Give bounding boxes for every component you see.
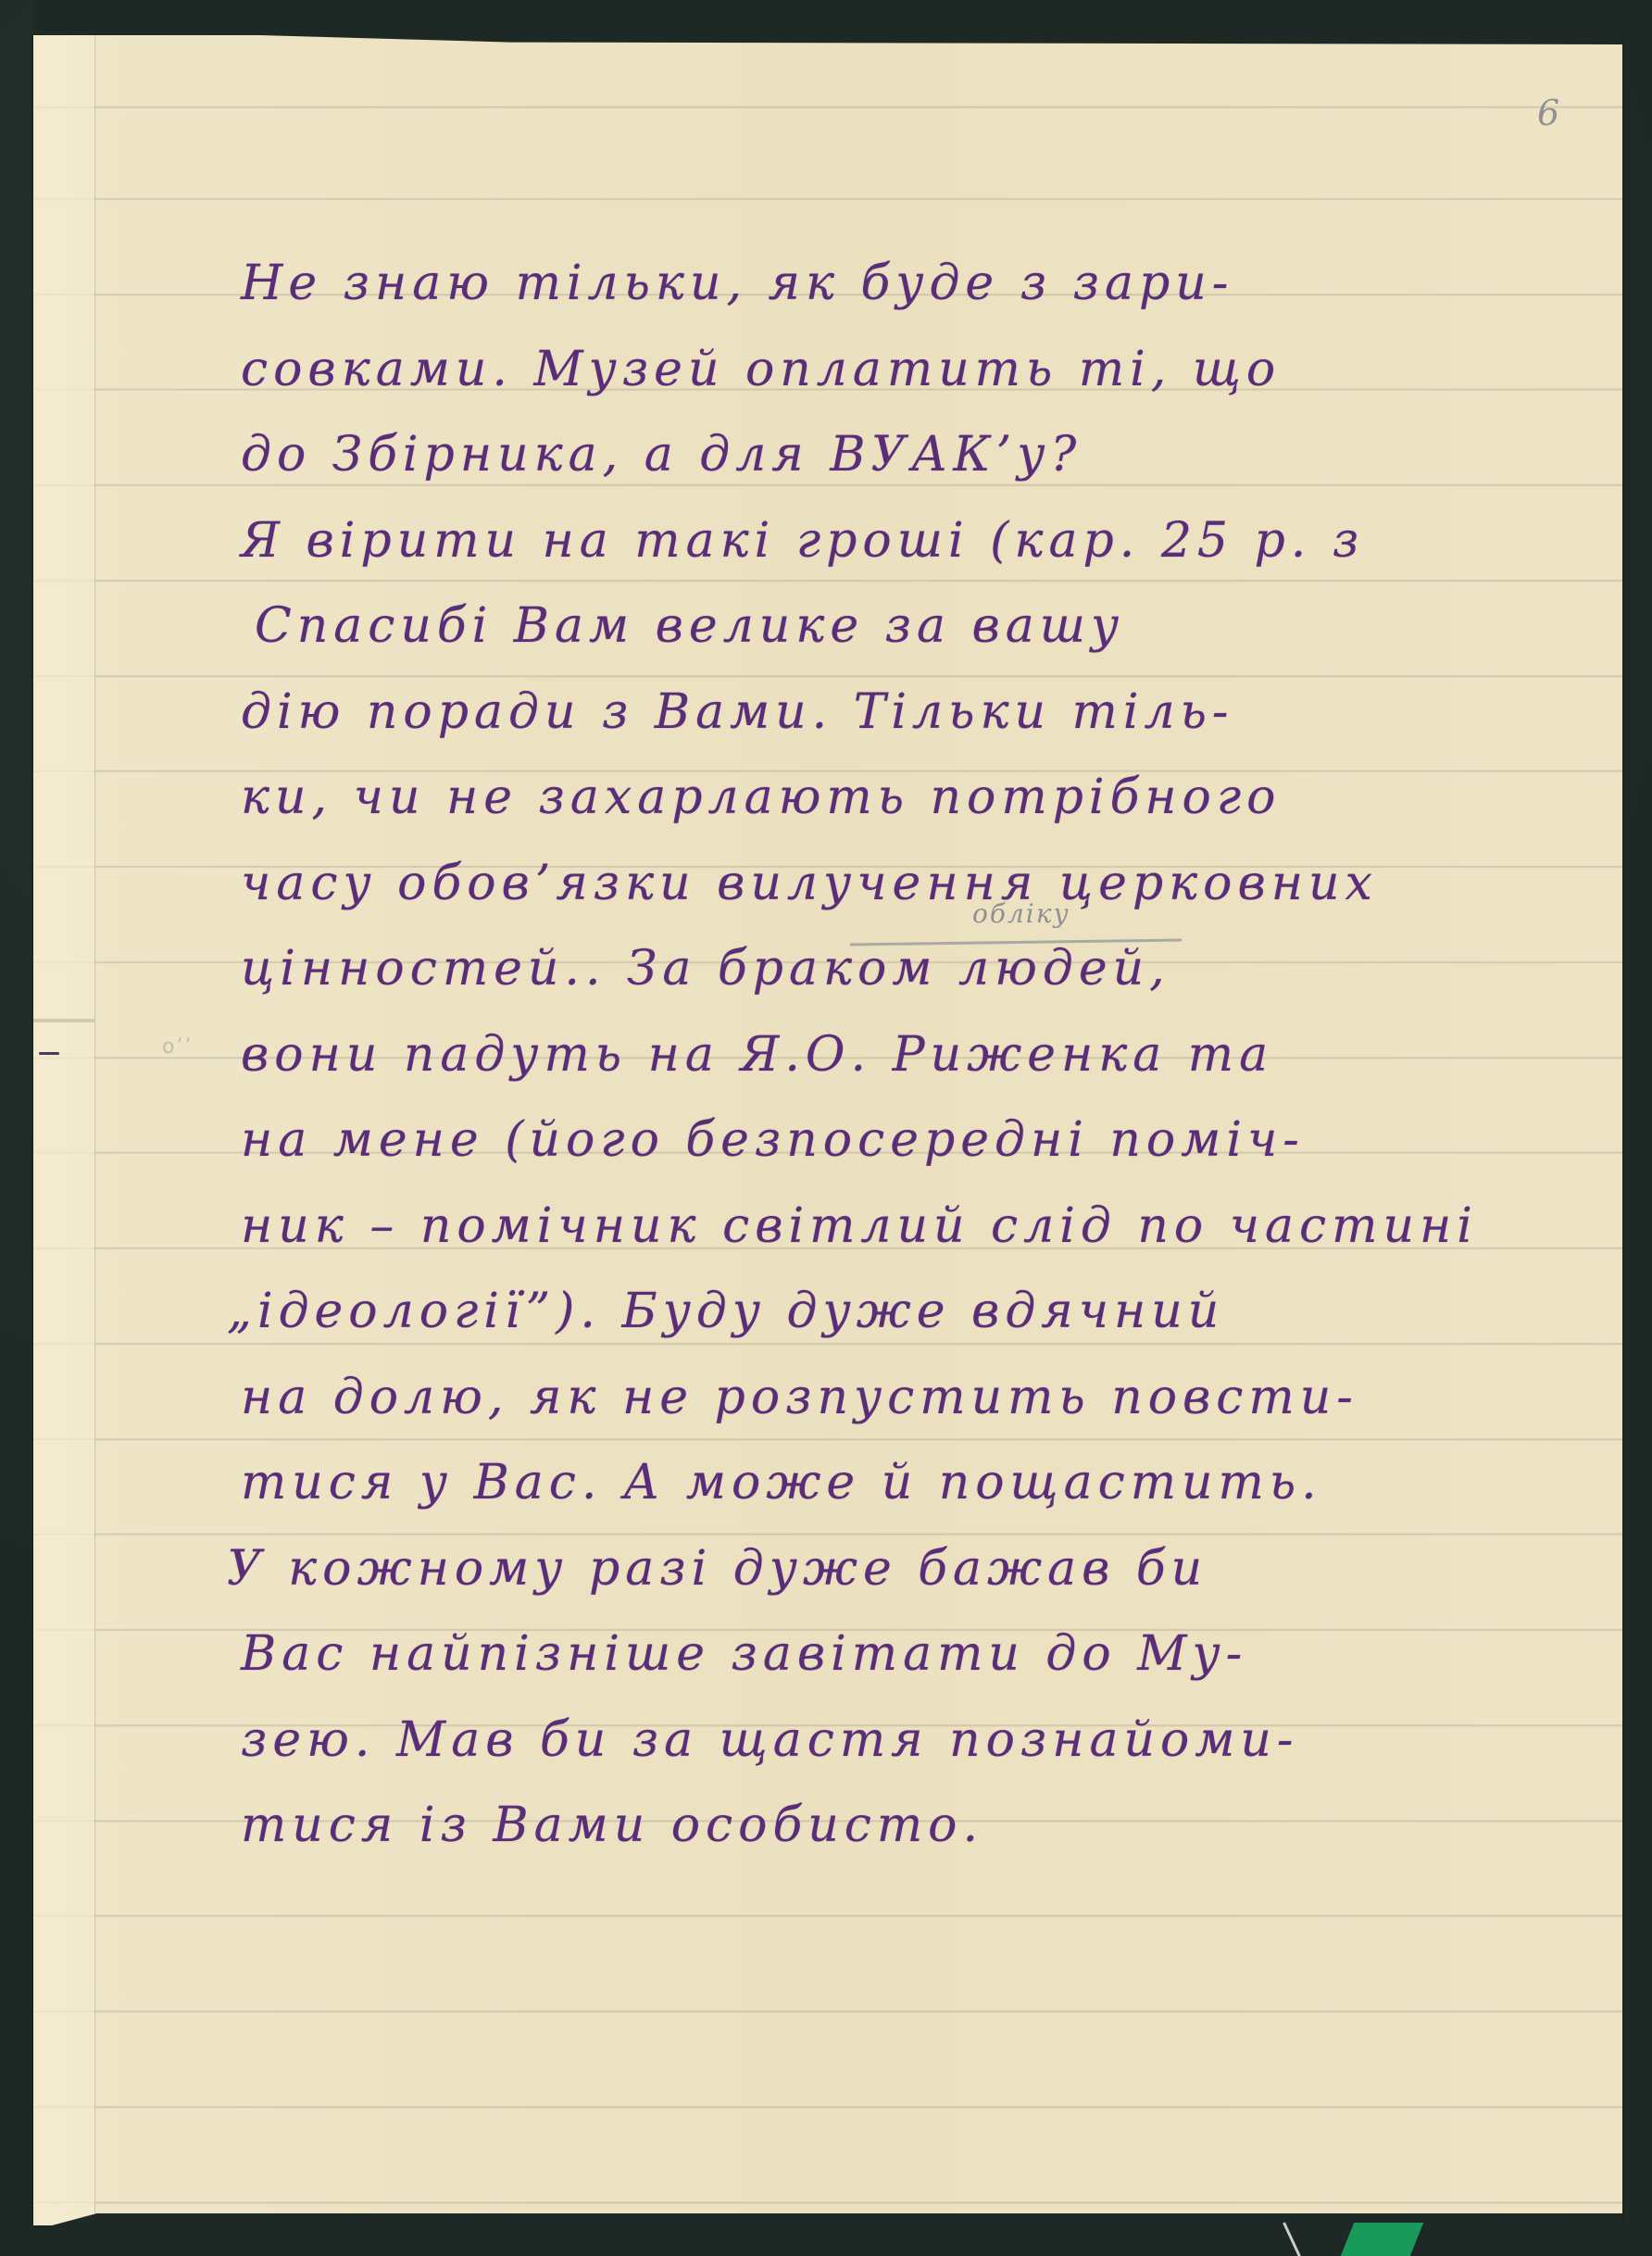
letter-line: часу обов’язки вилучення церковних [227, 841, 1560, 927]
faint-stamp-mark: о’’ [162, 1035, 193, 1059]
margin-mark [39, 1052, 59, 1055]
letter-line: на долю, як не розпустить повсти- [227, 1355, 1560, 1441]
page-number: 6 [1537, 93, 1559, 133]
left-fold-strip [33, 35, 95, 2225]
letter-line: Вас найпізніше завітати до Му- [227, 1611, 1560, 1698]
letter-line: „ідеології”). Буду дуже вдячний [227, 1269, 1560, 1355]
letter-line: на мене (його безпосередні поміч- [227, 1097, 1560, 1184]
letter-line: Спасибі Вам велике за вашу [227, 583, 1560, 670]
letter-line: ки, чи не захарлають потрібного [227, 755, 1560, 841]
letter-line: У кожному разі дуже бажав би [227, 1526, 1560, 1612]
fold-crease [33, 1019, 94, 1022]
letter-line: тися із Вами особисто. [227, 1783, 1560, 1869]
letter-line: цінностей.. За браком людей, [227, 926, 1560, 1012]
letter-line: тися у Вас. А може й пощастить. [227, 1440, 1560, 1526]
letter-line: ник – помічник світлий слід по частині [227, 1184, 1560, 1270]
green-archive-tab [1341, 2223, 1424, 2256]
letter-line: дію поради з Вами. Тільки тіль- [227, 670, 1560, 756]
letter-line: зею. Мав би за щастя познайоми- [227, 1698, 1560, 1784]
letter-line: Не знаю тільки, як буде з зари- [227, 241, 1560, 327]
letter-line: совками. Музей оплатить ті, що [227, 327, 1560, 413]
letter-line: вони падуть на Я.О. Риженка та [227, 1012, 1560, 1098]
letter-body: Не знаю тільки, як буде з зари- совками.… [227, 241, 1560, 1869]
letter-line: Я вірити на такі гроші (кар. 25 р. з [227, 498, 1560, 584]
letter-line: до Збірника, а для ВУАК’у? [227, 412, 1560, 498]
